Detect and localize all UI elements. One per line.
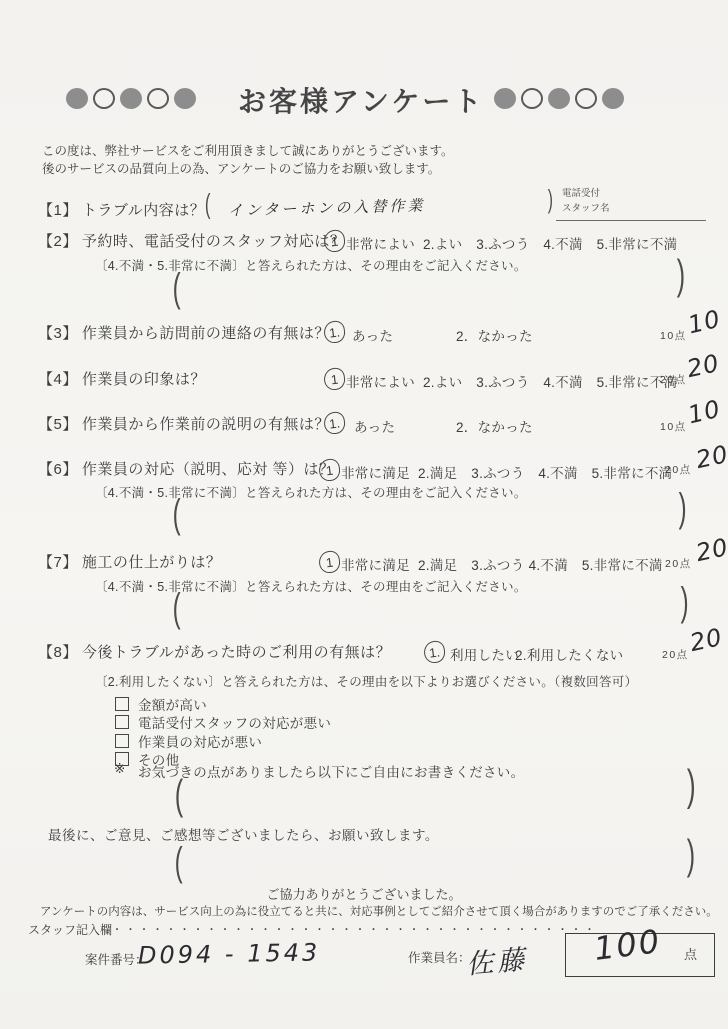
phone-staff-label: 電話受付 スタッフ名 <box>562 187 610 216</box>
q7-selected-circle: 1 <box>318 550 342 574</box>
q7-score-handwritten: 20 <box>693 533 728 567</box>
phone-reception-label: 電話受付 <box>562 187 610 202</box>
q7-selected-option-text: 非常に満足 <box>341 554 410 574</box>
free-write-bracket-open <box>175 774 183 816</box>
final-comment-bracket-close <box>687 834 695 876</box>
free-note-text: お気づきの点がありましたら以下にご自由にお書きください。 <box>138 761 524 781</box>
question-3-number: 【3】 <box>38 325 78 342</box>
q5-other-options: 2．なかった <box>456 416 533 436</box>
q4-selected-circle: 1 <box>323 367 347 391</box>
q3-other-options: 2．なかった <box>456 325 533 345</box>
q8-reason-note: 〔2.利用したくない〕と答えられた方は、その理由を以下よりお選びください。（複数… <box>95 672 637 690</box>
q3-selected-option-text: あった <box>352 325 393 345</box>
decorative-circle-row-right <box>494 88 629 109</box>
filled-circle-icon <box>494 88 516 109</box>
q2-reason-bracket-close <box>677 254 685 296</box>
case-number-handwritten: D094 - 1543 <box>138 938 321 969</box>
q2-other-options: 2.よい 3.ふつう 4.不満 5.非常に不満 <box>423 233 677 253</box>
outline-circle-icon <box>147 88 169 109</box>
q8-score-handwritten: 20 <box>687 623 725 657</box>
question-7-label: 施工の仕上がりは？ <box>82 554 222 571</box>
free-write-bracket-close <box>687 764 696 808</box>
question-4: 【4】作業員の印象は？ <box>38 368 206 389</box>
filled-circle-icon <box>174 88 196 109</box>
filled-circle-icon <box>548 88 570 109</box>
q4-selected-option-text: 非常によい <box>346 371 415 391</box>
intro-line-1: この度は、弊社サービスをご利用頂きまして誠にありがとうございます。 <box>42 142 454 160</box>
answer-bracket-open <box>205 190 211 218</box>
q6-other-options: 2.満足 3.ふつう 4.不満 5.非常に不満 <box>418 462 672 482</box>
q7-reason-bracket-close <box>681 582 689 622</box>
question-6-number: 【6】 <box>38 461 78 478</box>
question-5: 【5】作業員から作業前の説明の有無は？ <box>38 413 330 434</box>
q6-selected-value: 1 <box>325 462 334 478</box>
staff-entry-label: スタッフ記入欄 <box>28 923 112 937</box>
staff-name-write-line <box>556 220 706 221</box>
question-5-number: 【5】 <box>38 416 78 433</box>
q5-score-handwritten: 10 <box>685 395 723 430</box>
outline-circle-icon <box>521 88 543 109</box>
q8-selected-value: 1. <box>428 644 441 660</box>
question-3: 【3】作業員から訪問前の連絡の有無は？ <box>38 322 330 343</box>
question-2-label: 予約時、電話受付のスタッフ対応は？ <box>82 233 346 250</box>
q6-points-label: 20点 <box>665 462 692 477</box>
q3-score-handwritten: 10 <box>685 305 723 340</box>
q3-points-label: 10点 <box>660 328 687 343</box>
question-3-label: 作業員から訪問前の連絡の有無は？ <box>82 325 330 342</box>
score-unit-label: 点 <box>684 944 697 963</box>
q7-points-label: 20点 <box>665 556 692 571</box>
q2-reason-note: 〔4.不満・5.非常に不満〕と答えられた方は、その理由をご記入ください。 <box>95 256 527 274</box>
q2-selected-option-text: 非常によい <box>346 233 415 253</box>
q7-reason-bracket-open <box>173 588 181 628</box>
q5-selected-value: 1. <box>328 415 341 431</box>
q2-selected-value: 1 <box>330 233 339 249</box>
outline-circle-icon <box>575 88 597 109</box>
question-8: 【8】今後トラブルがあった時のご利用の有無は？ <box>38 641 391 662</box>
question-1-number: 【1】 <box>38 202 78 219</box>
question-4-label: 作業員の印象は？ <box>82 371 206 388</box>
q3-selected-value: 1. <box>328 324 341 340</box>
q4-other-options: 2.よい 3.ふつう 4.不満 5.非常に不満 <box>423 371 677 391</box>
final-request-text: 最後に、ご意見、ご感想等ございましたら、お願い致します。 <box>48 824 439 844</box>
decorative-circle-row-left <box>66 88 201 109</box>
worker-name-label: 作業員名： <box>408 948 471 966</box>
filled-circle-icon <box>120 88 142 109</box>
question-8-label: 今後トラブルがあった時のご利用の有無は？ <box>82 644 391 661</box>
intro-line-2: 後のサービスの品質向上の為、アンケートのご協力をお願い致します。 <box>42 160 440 178</box>
worker-name-handwritten: 佐藤 <box>464 937 529 981</box>
staff-name-label: スタッフ名 <box>562 202 610 217</box>
q5-selected-option-text: あった <box>354 416 395 436</box>
q8-selected-option-text: 利用したい <box>450 644 519 664</box>
q8-selected-circle: 1. <box>423 640 447 664</box>
q4-selected-value: 1 <box>330 371 339 387</box>
survey-scan-page: お客様アンケート この度は、弊社サービスをご利用頂きまして誠にありがとうございま… <box>0 0 728 1029</box>
q7-reason-note: 〔4.不満・5.非常に不満〕と答えられた方は、その理由をご記入ください。 <box>95 577 527 595</box>
question-7-number: 【7】 <box>38 554 78 571</box>
checkbox-label-phone-staff-bad: 電話受付スタッフの対応が悪い <box>138 712 331 732</box>
filled-circle-icon <box>66 88 88 109</box>
q2-reason-bracket-open <box>173 268 181 308</box>
checkbox-phone-staff-bad <box>115 715 129 729</box>
q1-answer-handwritten: インターホンの入替作業 <box>228 194 426 220</box>
q6-reason-bracket-close <box>679 488 687 528</box>
disclaimer-text: アンケートの内容は、サービス向上の為に役立てると共に、対応事例としてご紹介させて… <box>40 903 718 919</box>
checkbox-label-worker-bad: 作業員の対応が悪い <box>138 731 262 751</box>
q7-selected-value: 1 <box>325 554 334 570</box>
q4-points-label: 20点 <box>660 372 687 387</box>
question-1-label: トラブル内容は？ <box>82 202 205 219</box>
q6-reason-note: 〔4.不満・5.非常に不満〕と答えられた方は、その理由をご記入ください。 <box>95 483 527 501</box>
checkbox-price-high <box>115 697 129 711</box>
question-7: 【7】施工の仕上がりは？ <box>38 551 221 572</box>
question-1: 【1】トラブル内容は？ <box>38 199 205 220</box>
filled-circle-icon <box>602 88 624 109</box>
q8-other-options: 2.利用したくない <box>515 644 623 664</box>
q6-reason-bracket-open <box>173 494 181 534</box>
q5-points-label: 10点 <box>660 419 687 434</box>
q4-score-handwritten: 20 <box>684 349 722 383</box>
q8-points-label: 20点 <box>662 647 689 662</box>
question-2-number: 【2】 <box>38 233 78 250</box>
total-score-handwritten: 100 <box>592 922 663 968</box>
question-6-label: 作業員の対応（説明、応対 等）は？ <box>82 461 335 478</box>
q7-other-options: 2.満足 3.ふつう 4.不満 5.非常に不満 <box>418 554 663 574</box>
q6-selected-option-text: 非常に満足 <box>341 462 410 482</box>
staff-entry-row: スタッフ記入欄・・・・・・・・・・・・・・・・・・・・・・・・・・・・・・・・・… <box>28 921 598 938</box>
q6-score-handwritten: 20 <box>693 440 728 474</box>
question-4-number: 【4】 <box>38 371 78 388</box>
final-comment-bracket-open <box>175 842 183 882</box>
page-title: お客様アンケート <box>238 80 484 120</box>
free-note-mark: ※ <box>114 761 126 777</box>
outline-circle-icon <box>93 88 115 109</box>
dotted-leader: ・・・・・・・・・・・・・・・・・・・・・・・・・・・・・・・・・・・・ <box>112 925 598 936</box>
thanks-text: ご協力ありがとうございました。 <box>0 884 728 903</box>
answer-bracket-close <box>548 186 553 212</box>
question-6: 【6】作業員の対応（説明、応対 等）は？ <box>38 458 335 479</box>
question-2: 【2】予約時、電話受付のスタッフ対応は？ <box>38 230 345 251</box>
question-5-label: 作業員から作業前の説明の有無は？ <box>82 416 330 433</box>
checkbox-label-price-high: 金額が高い <box>138 694 207 714</box>
checkbox-worker-bad <box>115 734 129 748</box>
question-8-number: 【8】 <box>38 644 78 661</box>
